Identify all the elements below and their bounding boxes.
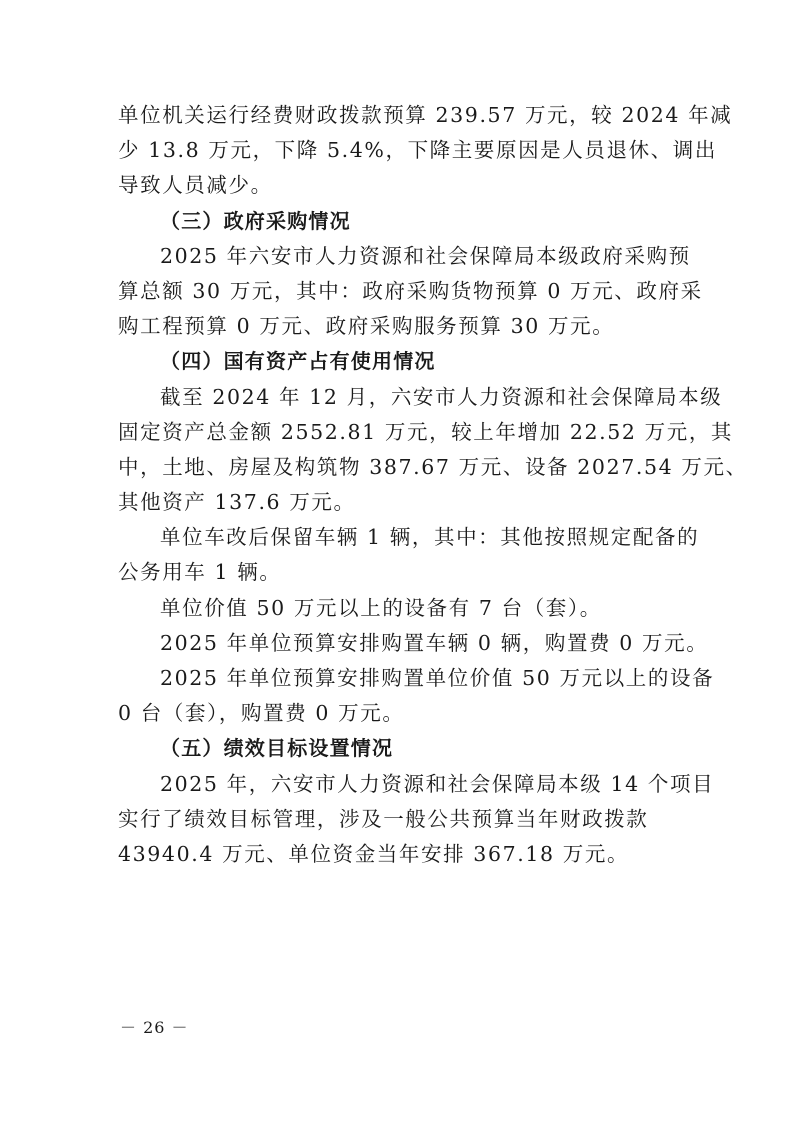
paragraph-line: 单位机关运行经费财政拨款预算 239.57 万元，较 2024 年减	[118, 98, 674, 133]
paragraph-line: 单位价值 50 万元以上的设备有 7 台（套）。	[118, 591, 674, 626]
paragraph-line: 43940.4 万元、单位资金当年安排 367.18 万元。	[118, 837, 674, 872]
paragraph-line: 2025 年，六安市人力资源和社会保障局本级 14 个项目	[118, 767, 674, 802]
document-body: 单位机关运行经费财政拨款预算 239.57 万元，较 2024 年减 少 13.…	[118, 98, 674, 872]
paragraph-line: 中，土地、房屋及构筑物 387.67 万元、设备 2027.54 万元、	[118, 450, 674, 485]
paragraph-line: 0 台（套），购置费 0 万元。	[118, 696, 674, 731]
paragraph-line: 2025 年六安市人力资源和社会保障局本级政府采购预	[118, 239, 674, 274]
paragraph-line: 导致人员减少。	[118, 168, 674, 203]
paragraph-line: 其他资产 137.6 万元。	[118, 485, 674, 520]
paragraph-line: 算总额 30 万元，其中：政府采购货物预算 0 万元、政府采	[118, 274, 674, 309]
paragraph-line: 少 13.8 万元，下降 5.4%，下降主要原因是人员退休、调出	[118, 133, 674, 168]
paragraph-line: 2025 年单位预算安排购置单位价值 50 万元以上的设备	[118, 661, 674, 696]
paragraph-line: 固定资产总金额 2552.81 万元，较上年增加 22.52 万元，其	[118, 415, 674, 450]
section-heading-government-procurement: （三）政府采购情况	[118, 204, 674, 239]
page-number: － 26 －	[120, 1015, 189, 1038]
document-page: 单位机关运行经费财政拨款预算 239.57 万元，较 2024 年减 少 13.…	[0, 0, 793, 1122]
paragraph-line: 单位车改后保留车辆 1 辆，其中：其他按照规定配备的	[118, 520, 674, 555]
paragraph-line: 2025 年单位预算安排购置车辆 0 辆，购置费 0 万元。	[118, 626, 674, 661]
paragraph-line: 实行了绩效目标管理，涉及一般公共预算当年财政拨款	[118, 802, 674, 837]
section-heading-performance-targets: （五）绩效目标设置情况	[118, 731, 674, 766]
paragraph-line: 公务用车 1 辆。	[118, 555, 674, 590]
paragraph-line: 购工程预算 0 万元、政府采购服务预算 30 万元。	[118, 309, 674, 344]
paragraph-line: 截至 2024 年 12 月，六安市人力资源和社会保障局本级	[118, 380, 674, 415]
section-heading-state-assets: （四）国有资产占有使用情况	[118, 344, 674, 379]
